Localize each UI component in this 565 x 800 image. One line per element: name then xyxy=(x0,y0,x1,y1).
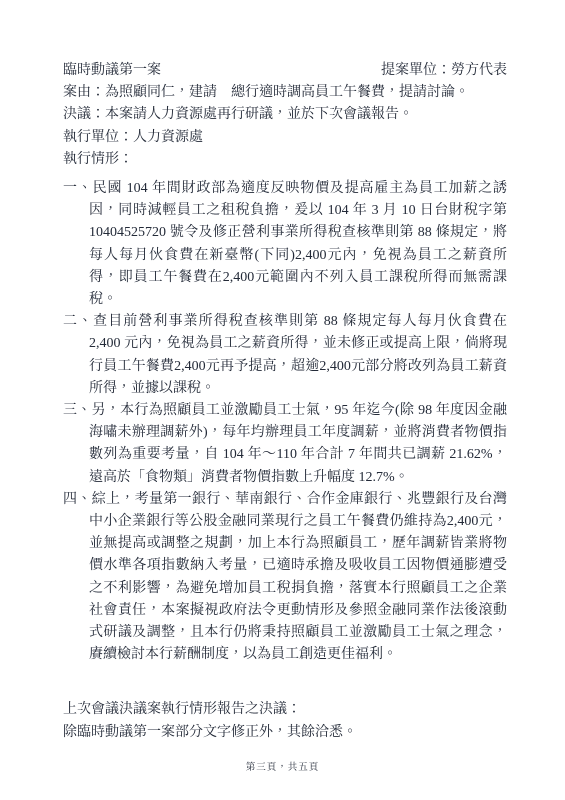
proposer-unit: 提案單位：勞方代表 xyxy=(381,60,507,82)
previous-resolution-heading: 上次會議決議案執行情形報告之決議： xyxy=(63,699,507,721)
document-body: 臨時動議第一案 提案單位：勞方代表 案由：為照顧同仁，建請 總行適時調高員工午餐… xyxy=(63,60,507,744)
item-2-number: 二、 xyxy=(63,314,93,329)
item-2-text: 查目前營利事業所得稅查核準則第 88 條規定每人每月伙食費在 2,400 元內，… xyxy=(89,314,507,396)
item-1-text: 民國 104 年間財政部為適度反映物價及提高雇主為員工加薪之誘因，同時減輕員工之… xyxy=(89,181,507,307)
execution-item-3: 三、另，本行為照顧員工並激勵員工士氣，95 年迄今(除 98 年度因金融海嘯未辦… xyxy=(63,400,507,489)
case-subject: 案由：為照顧同仁，建請 總行適時調高員工午餐費，提請討論。 xyxy=(63,82,507,104)
item-4-text: 綜上，考量第一銀行、華南銀行、合作金庫銀行、兆豐銀行及台灣中小企業銀行等公股金融… xyxy=(89,492,507,662)
item-3-number: 三、 xyxy=(63,403,92,418)
page-number-footer: 第三頁，共五頁 xyxy=(0,759,565,773)
item-4-number: 四、 xyxy=(63,492,92,507)
execution-items-list: 一、民國 104 年間財政部為適度反映物價及提高雇主為員工加薪之誘因，同時減輕員… xyxy=(63,178,507,666)
executing-unit: 執行單位：人力資源處 xyxy=(63,127,507,149)
case-resolution: 決議：本案請人力資源處再行研議，並於下次會議報告。 xyxy=(63,104,507,126)
execution-status-label: 執行情形： xyxy=(63,149,507,171)
document-page: 臨時動議第一案 提案單位：勞方代表 案由：為照顧同仁，建請 總行適時調高員工午餐… xyxy=(0,0,565,800)
execution-item-2: 二、查目前營利事業所得稅查核準則第 88 條規定每人每月伙食費在 2,400 元… xyxy=(63,311,507,400)
previous-meeting-resolution: 上次會議決議案執行情形報告之決議： 除臨時動議第一案部分文字修正外，其餘洽悉。 xyxy=(63,699,507,743)
item-1-number: 一、 xyxy=(63,181,93,196)
item-3-text: 另，本行為照顧員工並激勵員工士氣，95 年迄今(除 98 年度因金融海嘯未辦理調… xyxy=(89,403,507,485)
execution-item-4: 四、綜上，考量第一銀行、華南銀行、合作金庫銀行、兆豐銀行及台灣中小企業銀行等公股… xyxy=(63,489,507,667)
execution-item-1: 一、民國 104 年間財政部為適度反映物價及提高雇主為員工加薪之誘因，同時減輕員… xyxy=(63,178,507,311)
case-header: 臨時動議第一案 提案單位：勞方代表 xyxy=(63,60,507,82)
previous-resolution-text: 除臨時動議第一案部分文字修正外，其餘洽悉。 xyxy=(63,722,507,744)
case-title: 臨時動議第一案 xyxy=(63,60,161,82)
